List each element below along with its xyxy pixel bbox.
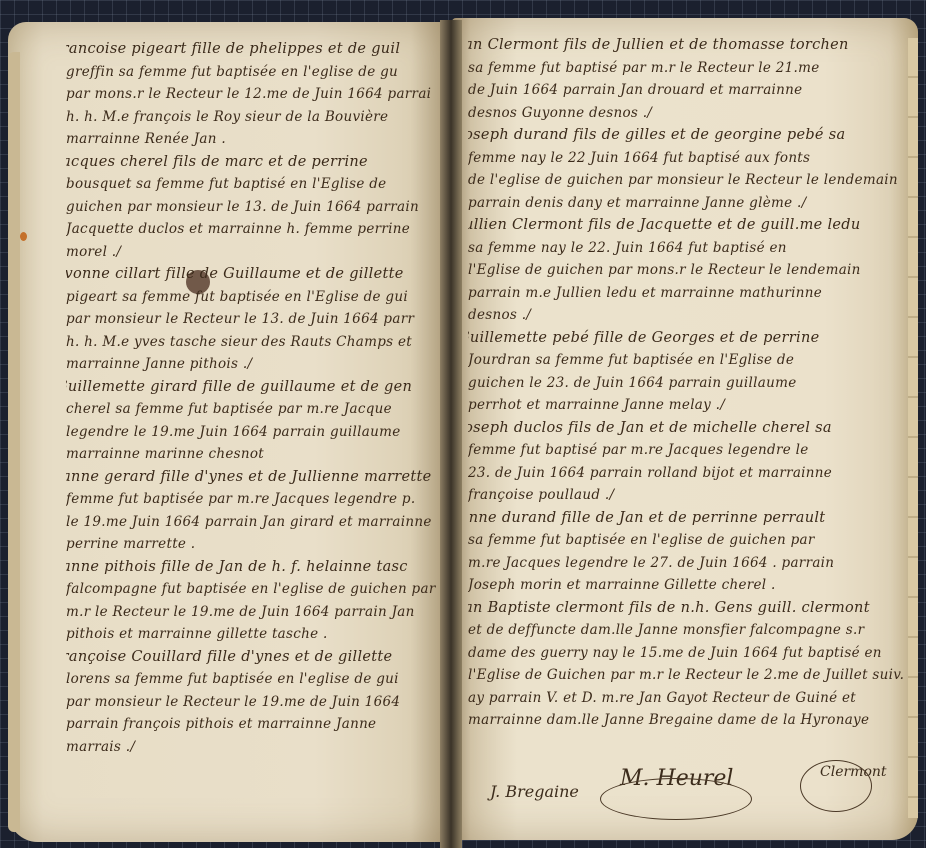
entry-line: marrainne dam.lle Janne Bregaine dame de…	[468, 709, 908, 732]
entry-line: parrain denis dany et marrainne Janne gl…	[468, 192, 908, 215]
entry-line: françoise poullaud ./	[468, 484, 908, 507]
entry-line: marrainne Renée Jan .	[66, 128, 446, 151]
entry-line: parrain m.e Jullien ledu et marrainne ma…	[468, 282, 908, 305]
entry-line: h. h. M.e yves tasche sieur des Rauts Ch…	[66, 331, 446, 354]
entry-line: l'Eglise de Guichen par m.r le Recteur l…	[468, 664, 908, 687]
entry-line: par mons.r le Recteur le 12.me de Juin 1…	[66, 83, 446, 106]
entry-line: l'Eglise de guichen par mons.r le Recteu…	[468, 259, 908, 282]
entry-line: femme nay le 22 Juin 1664 fut baptisé au…	[468, 147, 908, 170]
baptism-entry: Joseph duclos fils de Jan et de michelle…	[468, 417, 908, 507]
baptism-entry: françoise Couillard fille d'ynes et de g…	[66, 646, 446, 759]
baptism-entry: Jan Baptiste clermont fils de n.h. Gens …	[468, 597, 908, 732]
entry-line: pithois et marrainne gillette tasche .	[66, 623, 446, 646]
entry-line: femme fut baptisée par m.re Jacques lege…	[66, 488, 446, 511]
entry-line: francoise pigeart fille de phelippes et …	[66, 38, 446, 61]
entry-line: legendre le 19.me Juin 1664 parrain guil…	[66, 421, 446, 444]
baptism-entry: Jullien Clermont fils de Jacquette et de…	[468, 214, 908, 327]
entry-line: m.r le Recteur le 19.me de Juin 1664 par…	[66, 601, 446, 624]
entry-line: sa femme fut baptisé par m.r le Recteur …	[468, 57, 908, 80]
signature-flourish	[600, 778, 752, 820]
entry-line: sa femme fut baptisée en l'eglise de gui…	[468, 529, 908, 552]
entry-line: Jullien Clermont fils de Jacquette et de…	[468, 214, 908, 237]
entry-line: Jacques cherel fils de marc et de perrin…	[66, 151, 446, 174]
right-page-text: Jan Clermont fils de Jullien et de thoma…	[468, 34, 908, 732]
entry-line: Joseph durand fils de gilles et de georg…	[468, 124, 908, 147]
left-page-text: francoise pigeart fille de phelippes et …	[66, 38, 446, 758]
entry-line: cherel sa femme fut baptisée par m.re Ja…	[66, 398, 446, 421]
signature: J. Bregaine	[490, 782, 579, 801]
entry-line: marrais ./	[66, 736, 446, 759]
entry-line: Joseph morin et marrainne Gillette chere…	[468, 574, 908, 597]
baptism-entry: Jan Clermont fils de Jullien et de thoma…	[468, 34, 908, 124]
baptism-entry: Jacques cherel fils de marc et de perrin…	[66, 151, 446, 264]
entry-line: Anne durand fille de Jan et de perrinne …	[468, 507, 908, 530]
baptism-entry: francoise pigeart fille de phelippes et …	[66, 38, 446, 151]
entry-line: marrainne Janne pithois ./	[66, 353, 446, 376]
entry-line: guichen le 23. de Juin 1664 parrain guil…	[468, 372, 908, 395]
entry-line: Janne gerard fille d'ynes et de Jullienn…	[66, 466, 446, 489]
entry-line: femme fut baptisé par m.re Jacques legen…	[468, 439, 908, 462]
signature-flourish	[800, 760, 872, 812]
entry-line: de Juin 1664 parrain Jan drouard et marr…	[468, 79, 908, 102]
right-page-edge	[908, 38, 918, 818]
baptism-entry: Janne gerard fille d'ynes et de Jullienn…	[66, 466, 446, 556]
left-page-edge	[8, 52, 20, 832]
entry-line: le 19.me Juin 1664 parrain Jan girard et…	[66, 511, 446, 534]
entry-line: perrhot et marrainne Janne melay ./	[468, 394, 908, 417]
entry-line: Joseph duclos fils de Jan et de michelle…	[468, 417, 908, 440]
entry-line: Jourdran sa femme fut baptisée en l'Egli…	[468, 349, 908, 372]
entry-line: lorens sa femme fut baptisée en l'eglise…	[66, 668, 446, 691]
entry-line: bousquet sa femme fut baptisé en l'Eglis…	[66, 173, 446, 196]
entry-line: par monsieur le Recteur le 13. de Juin 1…	[66, 308, 446, 331]
entry-line: Jan Clermont fils de Jullien et de thoma…	[468, 34, 908, 57]
entry-line: parrain françois pithois et marrainne Ja…	[66, 713, 446, 736]
baptism-entry: Joseph durand fils de gilles et de georg…	[468, 124, 908, 214]
entry-line: ay parrain V. et D. m.re Jan Gayot Recte…	[468, 687, 908, 710]
entry-line: françoise Couillard fille d'ynes et de g…	[66, 646, 446, 669]
entry-line: pigeart sa femme fut baptisée en l'Eglis…	[66, 286, 446, 309]
entry-line: greffin sa femme fut baptisée en l'eglis…	[66, 61, 446, 84]
entry-line: perrine marrette .	[66, 533, 446, 556]
entry-line: par monsieur le Recteur le 19.me de Juin…	[66, 691, 446, 714]
entry-line: et de deffuncte dam.lle Janne monsfier f…	[468, 619, 908, 642]
entry-line: Jacquette duclos et marrainne h. femme p…	[66, 218, 446, 241]
baptism-entry: Janne pithois fille de Jan de h. f. hela…	[66, 556, 446, 646]
entry-line: de l'eglise de guichen par monsieur le R…	[468, 169, 908, 192]
baptism-entry: yvonne cillart fille de Guillaume et de …	[66, 263, 446, 376]
baptism-entry: Guillemette pebé fille de Georges et de …	[468, 327, 908, 417]
entry-line: dame des guerry nay le 15.me de Juin 166…	[468, 642, 908, 665]
entry-line: sa femme nay le 22. Juin 1664 fut baptis…	[468, 237, 908, 260]
entry-line: Jan Baptiste clermont fils de n.h. Gens …	[468, 597, 908, 620]
entry-line: Janne pithois fille de Jan de h. f. hela…	[66, 556, 446, 579]
entry-line: Guillemette girard fille de guillaume et…	[66, 376, 446, 399]
signature-block: J. Bregaine M. Heurel Clermont	[480, 760, 900, 820]
entry-line: h. h. M.e françois le Roy sieur de la Bo…	[66, 106, 446, 129]
entry-line: Guillemette pebé fille de Georges et de …	[468, 327, 908, 350]
entry-line: yvonne cillart fille de Guillaume et de …	[66, 263, 446, 286]
entry-line: marrainne marinne chesnot	[66, 443, 446, 466]
entry-line: falcompagne fut baptisée en l'eglise de …	[66, 578, 446, 601]
entry-line: m.re Jacques legendre le 27. de Juin 166…	[468, 552, 908, 575]
baptism-entry: Anne durand fille de Jan et de perrinne …	[468, 507, 908, 597]
baptism-entry: Guillemette girard fille de guillaume et…	[66, 376, 446, 466]
entry-line: desnos Guyonne desnos ./	[468, 102, 908, 125]
stain-spot	[20, 232, 27, 241]
entry-line: guichen par monsieur le 13. de Juin 1664…	[66, 196, 446, 219]
entry-line: 23. de Juin 1664 parrain rolland bijot e…	[468, 462, 908, 485]
entry-line: morel ./	[66, 241, 446, 264]
entry-line: desnos ./	[468, 304, 908, 327]
